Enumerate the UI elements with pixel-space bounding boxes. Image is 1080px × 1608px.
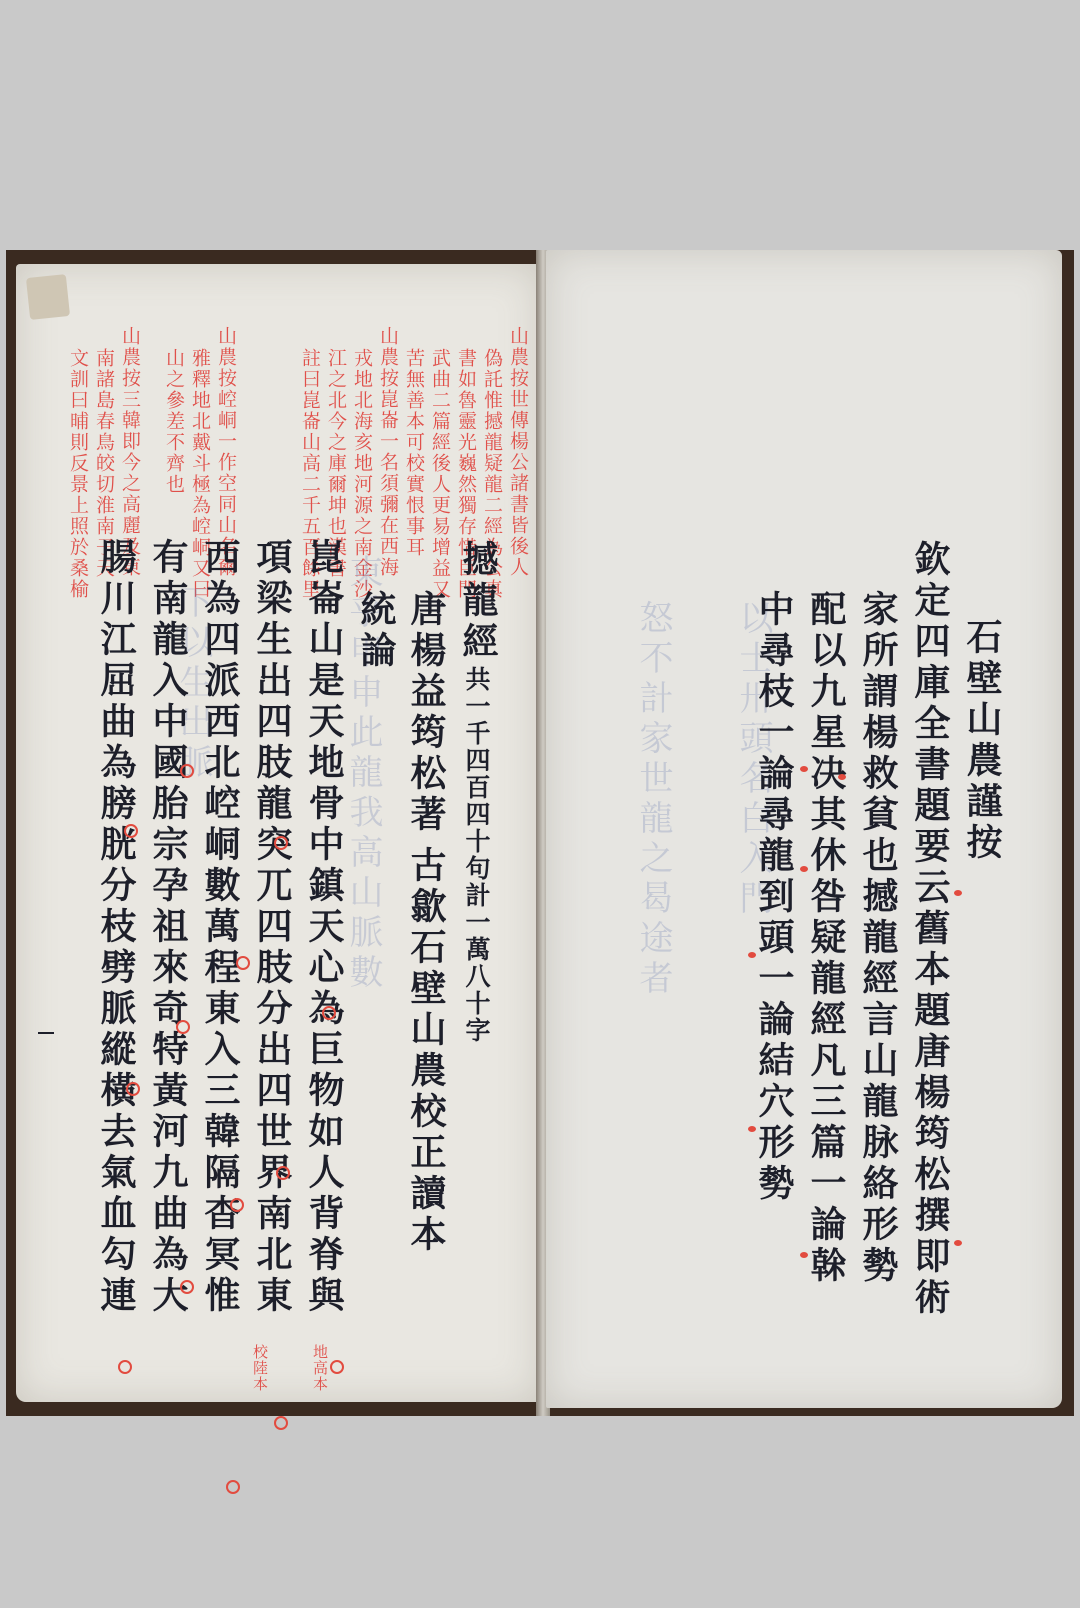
- red-note: 文訓曰晡則反景上照於桑榆: [68, 348, 87, 600]
- header: 石壁山農謹按: [964, 618, 1000, 864]
- punctuation-mark: [276, 1166, 290, 1180]
- punctuation-mark: [274, 1416, 288, 1430]
- red-note: 山農按世傳楊公諸書皆後人: [508, 326, 527, 578]
- torn-corner: [26, 274, 70, 320]
- punctuation-mark: [226, 1480, 240, 1494]
- text-column: 有南龍入中國胎宗孕祖來奇特黃河九曲為大: [150, 538, 186, 1317]
- punctuation-mark: [748, 1126, 756, 1132]
- margin-mark: [38, 1032, 54, 1034]
- punctuation-mark: [330, 1360, 344, 1374]
- bleed-through-text: 怒不計家世龍之曷途者: [636, 600, 670, 1000]
- punctuation-mark: [124, 824, 138, 838]
- text-column: 腸川江屈曲為膀胱分枝劈脈縱橫去氣血勾連: [98, 538, 134, 1317]
- collation-note: 地高本: [312, 1344, 327, 1392]
- title: 撼龍經: [460, 540, 496, 663]
- text-column: 中尋枝一論尋龍到頭一論結穴形勢: [756, 590, 792, 1205]
- red-note: 苦無善本可校實恨事耳: [404, 348, 423, 558]
- punctuation-mark: [126, 1082, 140, 1096]
- punctuation-mark: [954, 1240, 962, 1246]
- red-note: 山之參差不齊也: [164, 348, 183, 495]
- red-note: 山農按崑崙一名須彌在西海: [378, 326, 397, 578]
- punctuation-mark: [176, 1020, 190, 1034]
- text-column: 項梁生出四肢龍突兀四肢分出四世界南北東: [254, 538, 290, 1317]
- collation-note: 校陸本: [252, 1344, 267, 1392]
- punctuation-mark: [180, 764, 194, 778]
- punctuation-mark: [800, 1252, 808, 1258]
- text-column: 欽定四庫全書題要云舊本題唐楊筠松撰即術: [912, 540, 948, 1319]
- red-note: 武曲二篇經後人更易增益又: [430, 348, 449, 600]
- punctuation-mark: [322, 1006, 336, 1020]
- author: 唐楊益筠松著: [408, 590, 444, 836]
- right-page: 以士卅頭名白入門 怒不計家世龍之曷途者 石壁山農謹按 欽定四庫全書題要云舊本題唐…: [546, 250, 1062, 1408]
- left-page: 山農按世傳楊公諸書皆後人 偽託惟撼龍疑龍二經為公真 書如魯靈光巍然獨存惜巨門 武…: [16, 264, 540, 1402]
- book-photo: 山農按世傳楊公諸書皆後人 偽託惟撼龍疑龍二經為公真 書如魯靈光巍然獨存惜巨門 武…: [6, 250, 1074, 1416]
- punctuation-mark: [180, 1280, 194, 1294]
- punctuation-mark: [838, 774, 846, 780]
- punctuation-mark: [118, 1360, 132, 1374]
- section-heading: 統論: [358, 590, 394, 672]
- punctuation-mark: [800, 766, 808, 772]
- punctuation-mark: [954, 890, 962, 896]
- editor: 古歙石壁山農校正讀本: [408, 846, 444, 1256]
- text-column: 崑崙山是天地骨中鎮天心為巨物如人背脊與: [306, 538, 342, 1317]
- punctuation-mark: [230, 1198, 244, 1212]
- punctuation-mark: [800, 866, 808, 872]
- punctuation-mark: [748, 952, 756, 958]
- text-column: 配以九星决其休咎疑龍經凡三篇一論榦: [808, 590, 844, 1287]
- punctuation-mark: [274, 836, 288, 850]
- punctuation-mark: [236, 956, 250, 970]
- text-column: 家所謂楊救貧也撼龍經言山龍脉絡形勢: [860, 590, 896, 1287]
- title-note: 共一千四百四十句計一萬八十字: [464, 666, 489, 1044]
